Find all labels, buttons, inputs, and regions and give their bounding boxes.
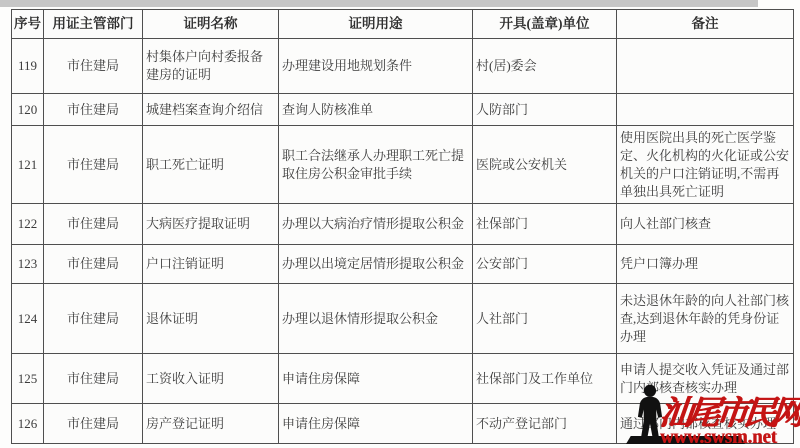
cell-dept: 市住建局 [43,38,142,93]
header-cell-unit: 开具(盖章)单位 [472,9,616,38]
cell-seq: 124 [11,283,43,353]
cell-name: 大病医疗提取证明 [142,203,278,244]
table-row: 119市住建局村集体户向村委报备建房的证明办理建设用地规划条件村(居)委会 [11,38,793,93]
cell-seq: 121 [11,125,43,203]
cell-dept: 市住建局 [43,125,142,203]
cell-remark: 未达退休年龄的向人社部门核查,达到退休年龄的凭身份证办理 [616,283,793,353]
cell-name: 工资收入证明 [142,353,278,403]
cell-unit: 社保部门 [472,203,616,244]
cell-name: 村集体户向村委报备建房的证明 [142,38,278,93]
header-cell-dept: 用证主管部门 [43,9,142,38]
watermark-site-url: www.swsm.net [660,427,777,447]
cell-name: 退休证明 [142,283,278,353]
cell-purpose: 办理建设用地规划条件 [278,38,472,93]
cell-dept: 市住建局 [43,244,142,283]
cell-purpose: 查询人防核准单 [278,93,472,125]
header-cell-remark: 备注 [616,9,793,38]
cell-seq: 125 [11,353,43,403]
cell-seq: 122 [11,203,43,244]
table-row: 120市住建局城建档案查询介绍信查询人防核准单人防部门 [11,93,793,125]
cell-purpose: 职工合法继承人办理职工死亡提取住房公积金审批手续 [278,125,472,203]
cell-dept: 市住建局 [43,93,142,125]
cell-dept: 市住建局 [43,203,142,244]
cell-purpose: 申请住房保障 [278,403,472,443]
header-cell-name: 证明名称 [142,9,278,38]
header-cell-seq: 序号 [11,9,43,38]
table-row: 122市住建局大病医疗提取证明办理以大病治疗情形提取公积金社保部门向人社部门核查 [11,203,793,244]
cell-remark [616,93,793,125]
cell-dept: 市住建局 [43,403,142,443]
cell-seq: 126 [11,403,43,443]
cell-purpose: 办理以退休情形提取公积金 [278,283,472,353]
table-row: 123市住建局户口注销证明办理以出境定居情形提取公积金公安部门凭户口簿办理 [11,244,793,283]
cell-seq: 120 [11,93,43,125]
cell-purpose: 申请住房保障 [278,353,472,403]
cell-remark: 向人社部门核查 [616,203,793,244]
document-table: 序号用证主管部门证明名称证明用途开具(盖章)单位备注119市住建局村集体户向村委… [11,9,794,444]
scan-artifact-top-strip [0,0,758,7]
cell-seq: 123 [11,244,43,283]
cell-unit: 人社部门 [472,283,616,353]
cell-unit: 不动产登记部门 [472,403,616,443]
cell-purpose: 办理以大病治疗情形提取公积金 [278,203,472,244]
cell-name: 户口注销证明 [142,244,278,283]
cell-name: 城建档案查询介绍信 [142,93,278,125]
cell-dept: 市住建局 [43,283,142,353]
cell-name: 房产登记证明 [142,403,278,443]
cell-purpose: 办理以出境定居情形提取公积金 [278,244,472,283]
cell-dept: 市住建局 [43,353,142,403]
cell-unit: 医院或公安机关 [472,125,616,203]
cell-unit: 公安部门 [472,244,616,283]
header-cell-purpose: 证明用途 [278,9,472,38]
table-row: 124市住建局退休证明办理以退休情形提取公积金人社部门未达退休年龄的向人社部门核… [11,283,793,353]
table-row: 121市住建局职工死亡证明职工合法继承人办理职工死亡提取住房公积金审批手续医院或… [11,125,793,203]
cell-remark: 使用医院出具的死亡医学鉴定、火化机构的火化证或公安机关的户口注销证明,不需再单独… [616,125,793,203]
cell-name: 职工死亡证明 [142,125,278,203]
cell-unit: 社保部门及工作单位 [472,353,616,403]
header-row: 序号用证主管部门证明名称证明用途开具(盖章)单位备注 [11,9,793,38]
cell-remark [616,38,793,93]
cell-seq: 119 [11,38,43,93]
cell-unit: 人防部门 [472,93,616,125]
cell-unit: 村(居)委会 [472,38,616,93]
cell-remark: 凭户口簿办理 [616,244,793,283]
